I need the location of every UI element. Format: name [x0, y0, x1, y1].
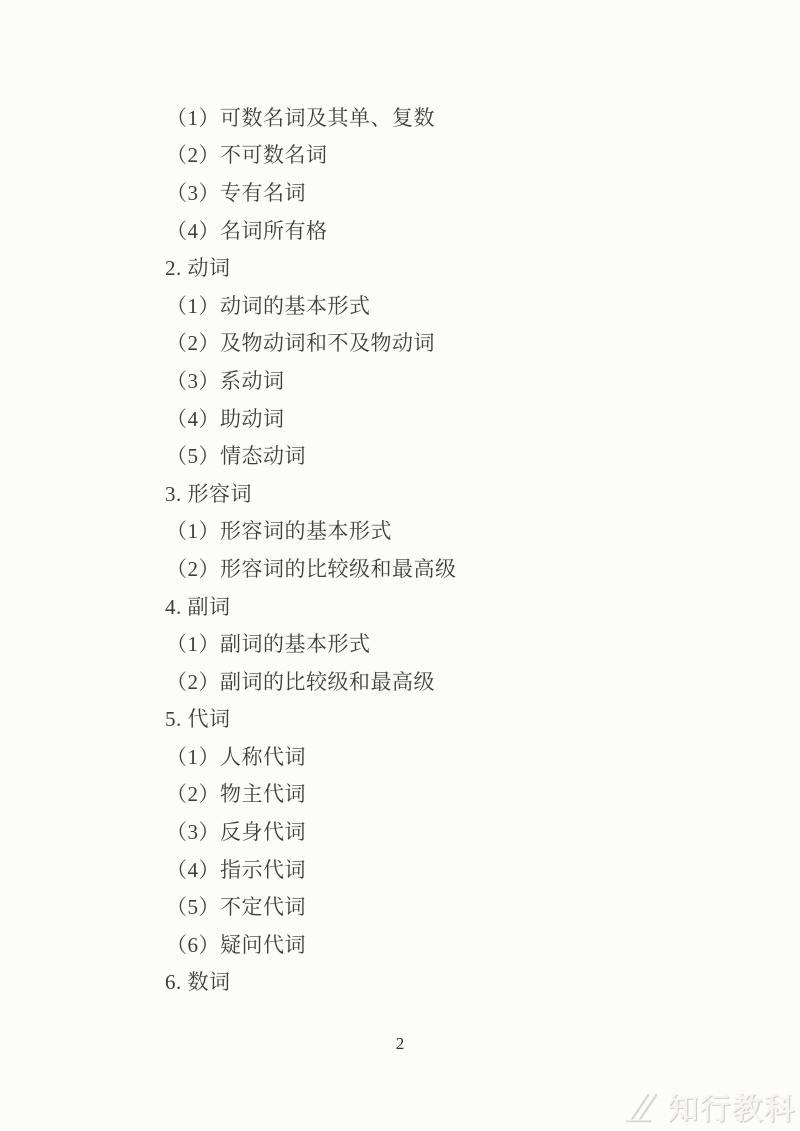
outline-section-heading: 2. 动词 — [0, 248, 800, 286]
outline-item: （4）名词所有格 — [0, 211, 800, 249]
outline-section-heading: 4. 副词 — [0, 587, 800, 625]
document-page: （1）可数名词及其单、复数 （2）不可数名词 （3）专有名词 （4）名词所有格 … — [0, 0, 800, 1131]
outline-item: （6）疑问代词 — [0, 925, 800, 963]
outline-item: （2）及物动词和不及物动词 — [0, 324, 800, 362]
grammar-outline: （1）可数名词及其单、复数 （2）不可数名词 （3）专有名词 （4）名词所有格 … — [0, 98, 800, 1000]
outline-item: （3）系动词 — [0, 361, 800, 399]
brand-double-slash-icon — [620, 1086, 666, 1126]
outline-item: （4）助动词 — [0, 399, 800, 437]
outline-item: （4）指示代词 — [0, 850, 800, 888]
outline-item: （3）专有名词 — [0, 173, 800, 211]
outline-item: （1）可数名词及其单、复数 — [0, 98, 800, 136]
outline-item: （5）不定代词 — [0, 887, 800, 925]
outline-item: （2）物主代词 — [0, 775, 800, 813]
watermark-text: 知行教科 — [668, 1084, 796, 1128]
outline-section-heading: 3. 形容词 — [0, 474, 800, 512]
outline-item: （1）动词的基本形式 — [0, 286, 800, 324]
outline-item: （1）副词的基本形式 — [0, 624, 800, 662]
outline-item: （3）反身代词 — [0, 812, 800, 850]
outline-item: （1）形容词的基本形式 — [0, 512, 800, 550]
outline-item: （5）情态动词 — [0, 436, 800, 474]
outline-item: （2）形容词的比较级和最高级 — [0, 549, 800, 587]
outline-section-heading: 5. 代词 — [0, 700, 800, 738]
outline-item: （1）人称代词 — [0, 737, 800, 775]
outline-item: （2）不可数名词 — [0, 136, 800, 174]
watermark: 知行教科 — [620, 1085, 796, 1127]
outline-item: （2）副词的比较级和最高级 — [0, 662, 800, 700]
outline-section-heading: 6. 数词 — [0, 963, 800, 1001]
page-number: 2 — [0, 1034, 800, 1054]
